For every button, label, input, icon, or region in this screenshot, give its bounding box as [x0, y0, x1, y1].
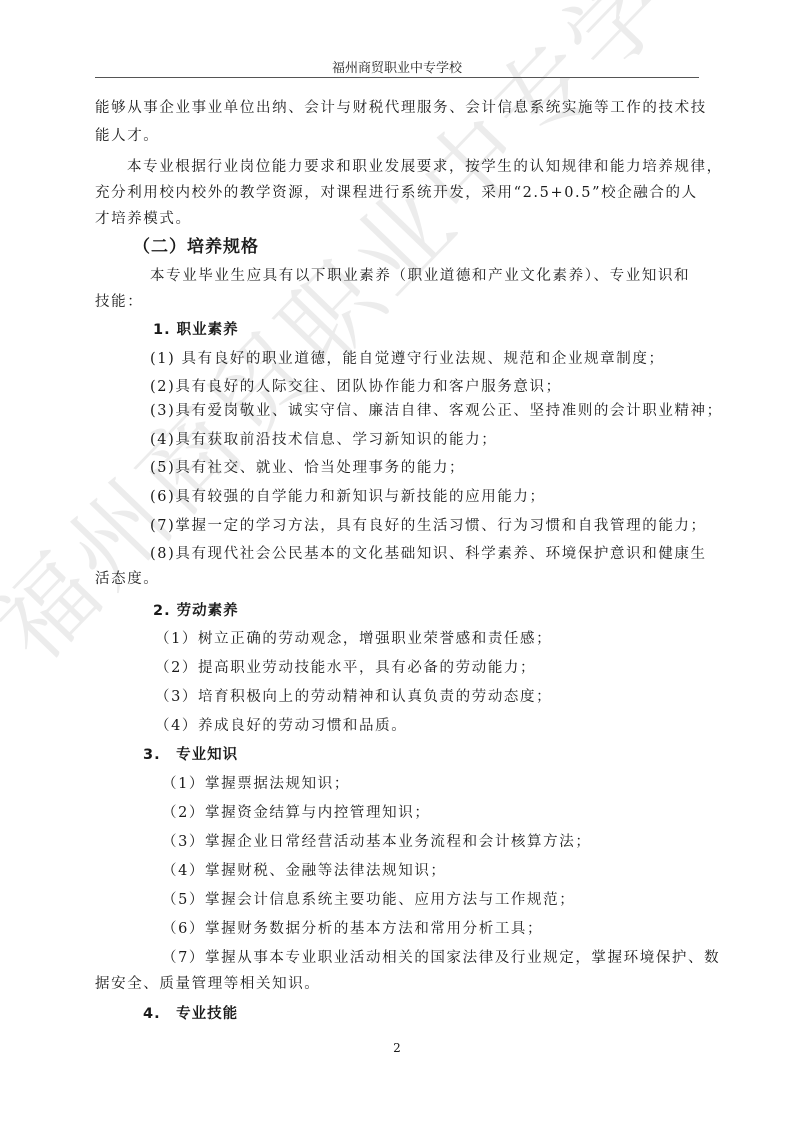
- paragraph-line: 技能：: [95, 290, 143, 311]
- list-item: （4）掌握财税、金融等法律法规知识；: [162, 859, 447, 880]
- list-item: （1）树立正确的劳动观念，增强职业荣誉感和责任感；: [155, 627, 552, 648]
- list-item: (5)具有社交、就业、恰当处理事务的能力；: [150, 456, 465, 477]
- paragraph-line: 本专业根据行业岗位能力要求和职业发展要求，按学生的认知规律和能力培养规律，: [127, 155, 723, 176]
- list-item: （7）掌握从事本专业职业活动相关的国家法律及行业规定，掌握环境保护、数: [162, 946, 720, 967]
- list-item: （2）掌握资金结算与内控管理知识；: [162, 801, 430, 822]
- subheading-professional-quality: 1. 职业素养: [153, 318, 239, 339]
- list-item: （5）掌握会计信息系统主要功能、应用方法与工作规范；: [162, 888, 575, 909]
- list-item: (4)具有获取前沿技术信息、学习新知识的能力；: [150, 428, 497, 449]
- list-item: (3)具有爱岗敬业、诚实守信、廉洁自律、客观公正、坚持准则的会计职业精神；: [150, 399, 723, 420]
- list-item: （1）掌握票据法规知识；: [162, 772, 350, 793]
- list-item: (7)掌握一定的学习方法，具有良好的生活习惯、行为习惯和自我管理的能力；: [150, 514, 707, 535]
- subheading-labor-quality: 2. 劳动素养: [153, 599, 239, 620]
- paragraph-line: 能人才。: [95, 124, 159, 145]
- list-item-continuation: 据安全、质量管理等相关知识。: [95, 972, 320, 993]
- list-item-continuation: 活态度。: [95, 567, 159, 588]
- list-item: （6）掌握财务数据分析的基本方法和常用分析工具；: [162, 917, 543, 938]
- section-heading: （二）培养规格: [133, 232, 259, 257]
- page-header: 福州商贸职业中专学校: [95, 57, 699, 76]
- list-item: （3）培育积极向上的劳动精神和认真负责的劳动态度；: [155, 685, 552, 706]
- list-item: (1) 具有良好的职业道德，能自觉遵守行业法规、规范和企业规章制度；: [150, 347, 665, 368]
- subheading-professional-skills: 4. 专业技能: [143, 1002, 238, 1023]
- header-divider: [95, 77, 699, 78]
- list-item: （3）掌握企业日常经营活动基本业务流程和会计核算方法；: [162, 830, 591, 851]
- list-item: (6)具有较强的自学能力和新知识与新技能的应用能力；: [150, 485, 546, 506]
- paragraph-line: 本专业毕业生应具有以下职业素养（职业道德和产业文化素养）、专业知识和: [150, 264, 690, 285]
- paragraph-line: 能够从事企业事业单位出纳、会计与财税代理服务、会计信息系统实施等工作的技术技: [95, 96, 707, 117]
- list-item: （4）养成良好的劳动习惯和品质。: [155, 714, 407, 735]
- subheading-professional-knowledge: 3. 专业知识: [143, 743, 238, 764]
- list-item: (2)具有良好的人际交往、团队协作能力和客户服务意识；: [150, 375, 562, 396]
- page-number: 2: [0, 1041, 794, 1055]
- list-item: (8)具有现代社会公民基本的文化基础知识、科学素养、环境保护意识和健康生: [150, 542, 707, 563]
- paragraph-line: 充分利用校内校外的教学资源，对课程进行系统开发，采用“2.5+0.5”校企融合的…: [95, 181, 698, 202]
- paragraph-line: 才培养模式。: [95, 207, 192, 228]
- list-item: （2）提高职业劳动技能水平，具有必备的劳动能力；: [155, 656, 536, 677]
